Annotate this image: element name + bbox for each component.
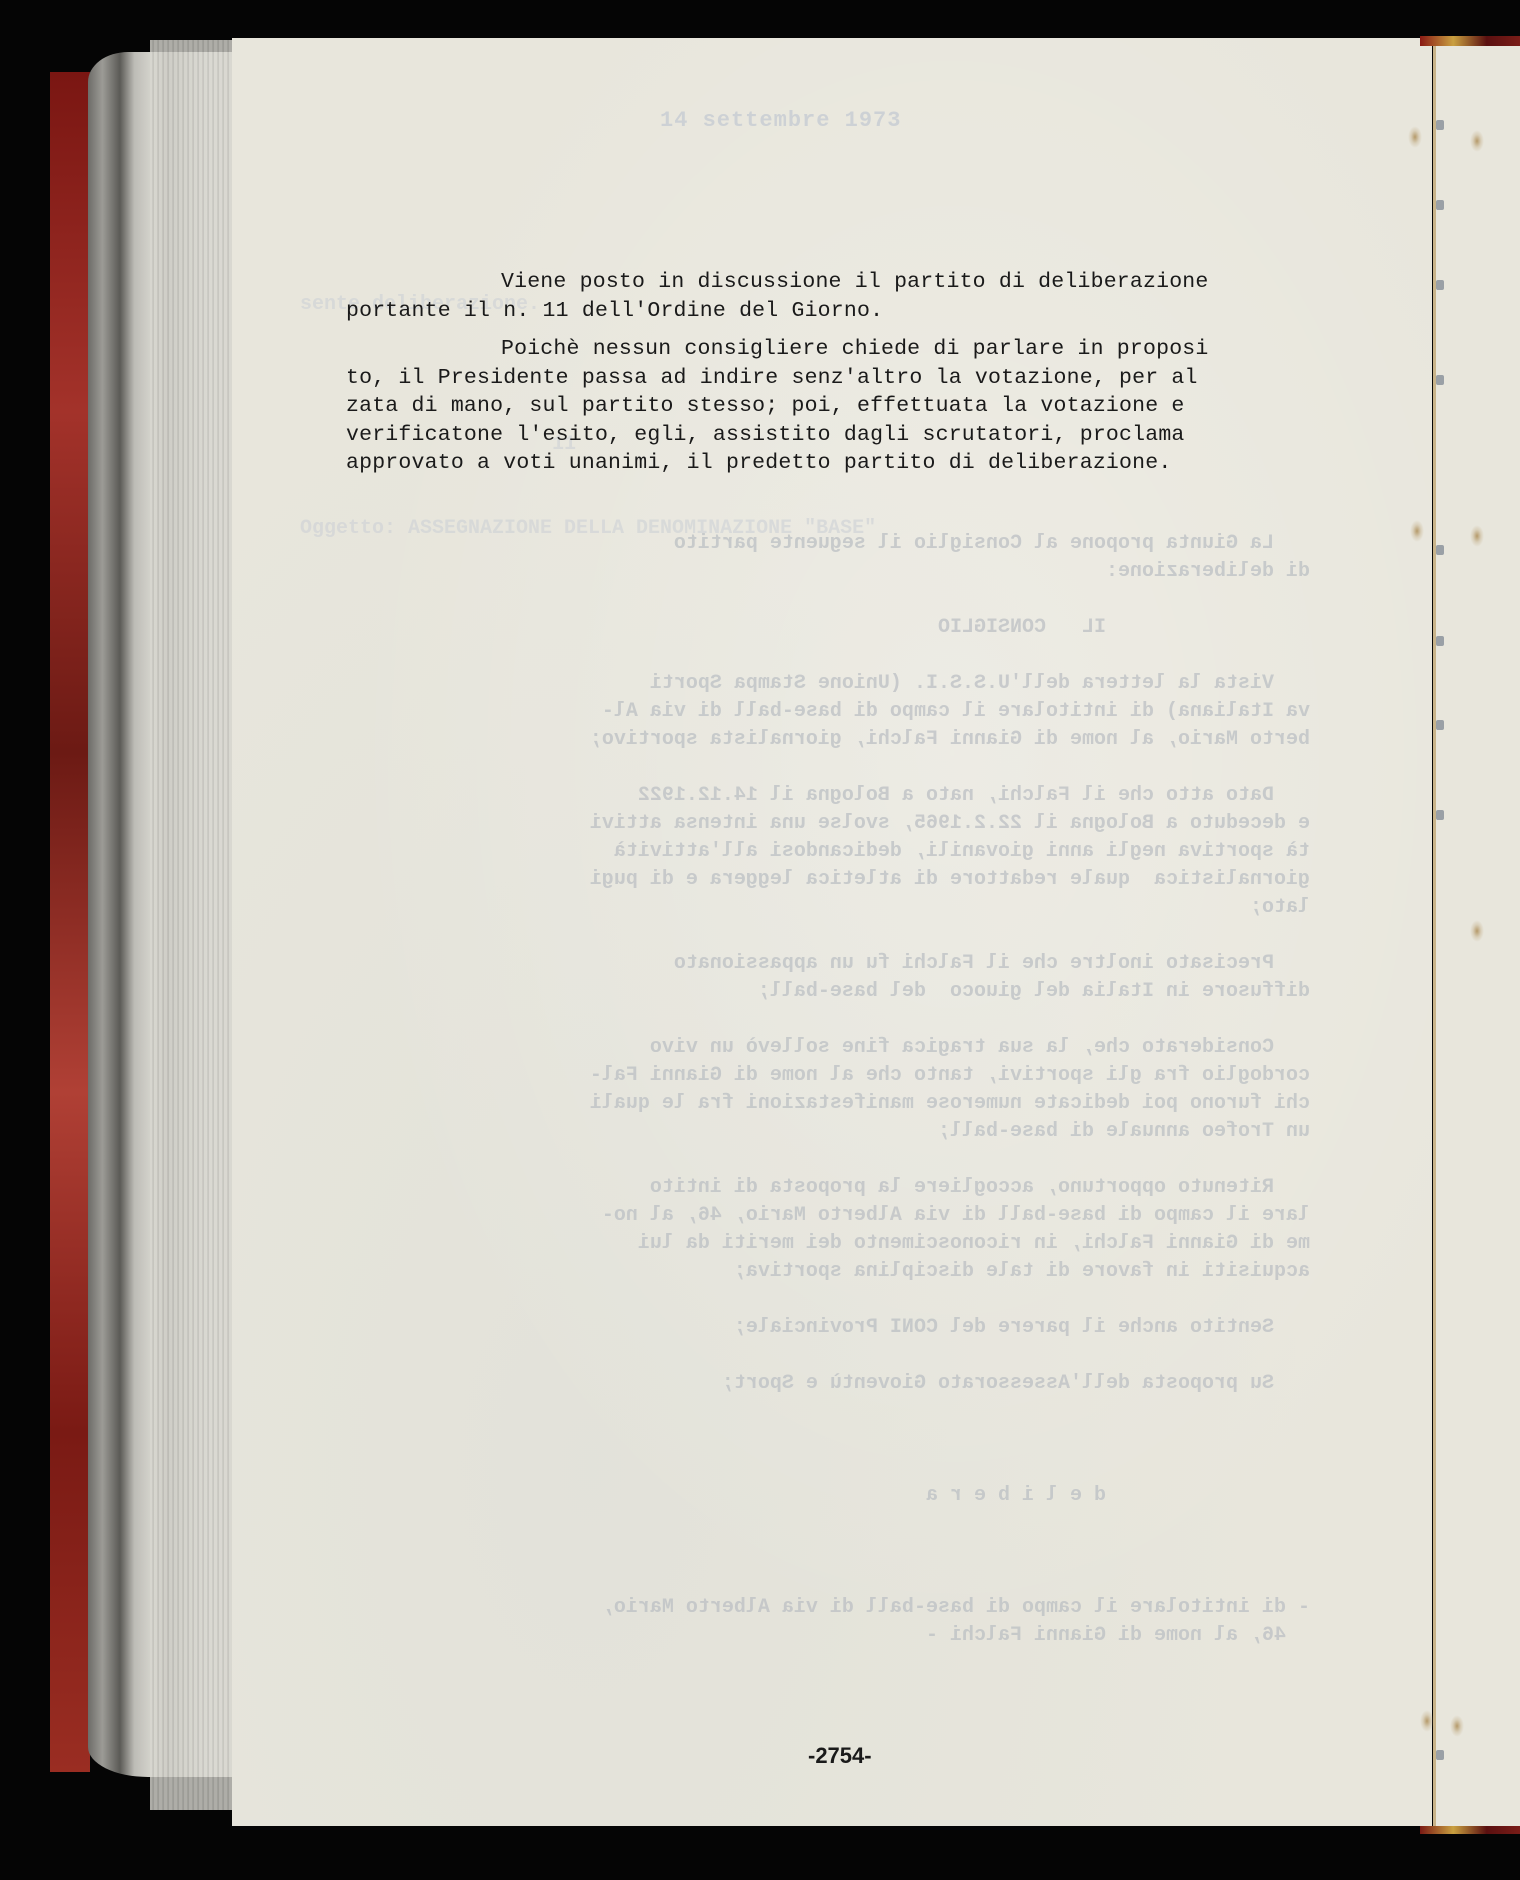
bleed-through-line: Vista la lettera dell'U.S.S.I. (Unione S…	[330, 670, 1310, 698]
book-headband-bottom	[1420, 1826, 1520, 1834]
page-tear-mark	[1408, 126, 1422, 148]
book-headband-top	[1420, 36, 1520, 46]
page-tear-mark	[1410, 520, 1424, 542]
paragraph-discussion-line-1: Viene posto in discussione il partito di…	[346, 268, 1286, 297]
paragraph-vote-line-1: Poichè nessun consigliere chiede di parl…	[346, 335, 1286, 364]
page-edges-stripes	[150, 40, 235, 1810]
paragraph-vote-line-4: verificatone l'esito, egli, assistito da…	[346, 421, 1286, 450]
bleed-through-line: giornalistica quale redattore di atletic…	[330, 866, 1310, 894]
page-tear-mark	[1470, 525, 1484, 547]
bleed-through-line	[330, 1510, 1310, 1538]
bleed-through-line: me di Gianni Falchi, in riconoscimento d…	[330, 1230, 1310, 1258]
binding-stitch-hole	[1436, 280, 1444, 290]
bleed-through-line: Su proposta dell'Assessorato Gioventù e …	[330, 1370, 1310, 1398]
bleed-through-line: un Trofeo annuale di base-ball;	[330, 1118, 1310, 1146]
bleed-through-line: va Italiana) di intitolare il campo di b…	[330, 698, 1310, 726]
bleed-through-header-date: 14 settembre 1973	[660, 108, 901, 133]
bleed-through-line	[330, 922, 1310, 950]
page-tear-mark	[1470, 130, 1484, 152]
binding-stitch-hole	[1436, 375, 1444, 385]
bleed-through-line	[330, 1398, 1310, 1426]
paragraph-discussion-line-2: portante il n. 11 dell'Ordine del Giorno…	[346, 297, 1286, 326]
bleed-through-line	[330, 754, 1310, 782]
bleed-through-line: - di intitolare il campo di base-ball di…	[330, 1594, 1310, 1622]
bleed-through-line	[330, 1538, 1310, 1566]
bleed-through-line	[330, 586, 1310, 614]
binding-stitch-hole	[1436, 720, 1444, 730]
bleed-through-line: chi furono poi dedicate numerose manifes…	[330, 1090, 1310, 1118]
binding-stitch-hole	[1436, 1750, 1444, 1760]
paragraph-vote-line-3: zata di mano, sul partito stesso; poi, e…	[346, 392, 1286, 421]
bleed-through-line	[330, 642, 1310, 670]
bleed-through-line: berto Mario, al nome di Gianni Falchi, g…	[330, 726, 1310, 754]
binding-stitch-hole	[1436, 200, 1444, 210]
bleed-through-line: Dato atto che il Falchi, nato a Bologna …	[330, 782, 1310, 810]
bleed-through-mirrored-text: La Giunta propone al Consiglio il seguen…	[330, 530, 1310, 1650]
bleed-through-line: lare il campo di base-ball di via Albert…	[330, 1202, 1310, 1230]
paragraph-vote-line-2: to, il Presidente passa ad indire senz'a…	[346, 364, 1286, 393]
bleed-through-line: Ritenuto opportuno, accogliere la propos…	[330, 1174, 1310, 1202]
page-tear-mark	[1450, 1715, 1464, 1737]
bleed-through-line: di deliberazione:	[330, 558, 1310, 586]
book-cover-marbled-left	[50, 72, 90, 1772]
bleed-through-line: lato;	[330, 894, 1310, 922]
page-number: -2754-	[808, 1743, 872, 1769]
bleed-through-line: 46, al nome di Gianni Falchi -	[330, 1622, 1310, 1650]
bleed-through-line: diffusore in Italia del giuoco del base-…	[330, 978, 1310, 1006]
bleed-through-line: cordoglio fra gli sportivi, tanto che al…	[330, 1062, 1310, 1090]
bleed-through-line: e deceduto a Bologna il 22.2.1965, svols…	[330, 810, 1310, 838]
binding-stitch-hole	[1436, 120, 1444, 130]
bleed-through-line: La Giunta propone al Consiglio il seguen…	[330, 530, 1310, 558]
bleed-through-line	[330, 1566, 1310, 1594]
bleed-through-line	[330, 1454, 1310, 1482]
page-tear-mark	[1470, 920, 1484, 942]
bleed-through-line: IL CONSIGLIO	[330, 614, 1310, 642]
binding-stitch-hole	[1436, 810, 1444, 820]
bleed-through-line: Precisato inoltre che il Falchi fu un ap…	[330, 950, 1310, 978]
bleed-through-line: Considerato che, la sua tragica fine sol…	[330, 1034, 1310, 1062]
bleed-through-line	[330, 1426, 1310, 1454]
binding-stitch-hole	[1436, 545, 1444, 555]
page-tear-mark	[1420, 1710, 1434, 1732]
bleed-through-line	[330, 1006, 1310, 1034]
bleed-through-line	[330, 1286, 1310, 1314]
bleed-through-line: acquisiti in favore di tale disciplina s…	[330, 1258, 1310, 1286]
bleed-through-line	[330, 1146, 1310, 1174]
bleed-through-line: d e l i b e r a	[330, 1482, 1310, 1510]
bleed-through-line: Sentito anche il parere del CONI Provinc…	[330, 1314, 1310, 1342]
bleed-through-line: tà sportiva negli anni giovanili, dedica…	[330, 838, 1310, 866]
binding-stitch-hole	[1436, 636, 1444, 646]
paragraph-vote-line-5: approvato a voti unanimi, il predetto pa…	[346, 449, 1286, 478]
typed-minutes-text: Viene posto in discussione il partito di…	[346, 268, 1286, 478]
bleed-through-line	[330, 1342, 1310, 1370]
